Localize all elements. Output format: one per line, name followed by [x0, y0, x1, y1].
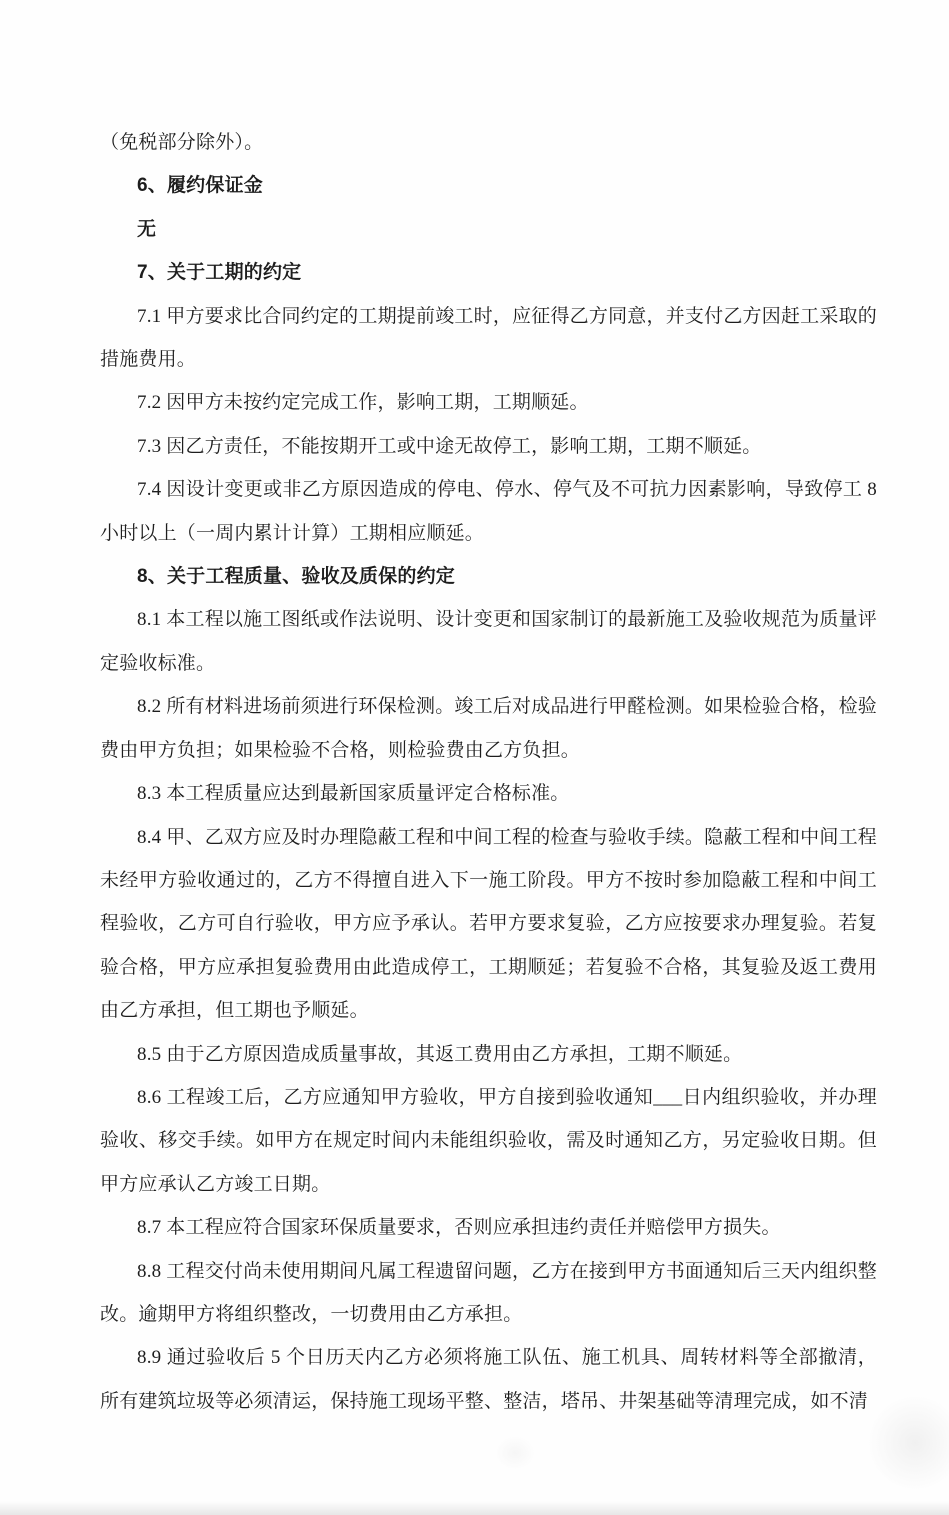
scanned-contract-page: （免税部分除外）。 6、履约保证金 无 7、关于工期的约定 7.1 甲方要求比合… [0, 0, 949, 1515]
scan-smudge-bottom-right [867, 1395, 949, 1491]
clause-8-6: 8.6 工程竣工后，乙方应通知甲方验收，甲方自接到验收通知___日内组织验收，并… [100, 1076, 877, 1206]
clause-8-4: 8.4 甲、乙双方应及时办理隐蔽工程和中间工程的检查与验收手续。隐蔽工程和中间工… [100, 816, 877, 1033]
carryover-text: （免税部分除外）。 [100, 121, 877, 164]
clause-8-1: 8.1 本工程以施工图纸或作法说明、设计变更和国家制订的最新施工及验收规范为质量… [100, 598, 877, 685]
clause-8-8: 8.8 工程交付尚未使用期间凡属工程遗留问题，乙方在接到甲方书面通知后三天内组织… [100, 1250, 877, 1337]
clause-6-value: 无 [100, 208, 877, 251]
clause-8-9: 8.9 通过验收后 5 个日历天内乙方必须将施工队伍、施工机具、周转材料等全部撤… [100, 1336, 877, 1423]
clause-8-heading: 8、关于工程质量、验收及质保的约定 [100, 555, 877, 598]
clause-6-heading: 6、履约保证金 [100, 164, 877, 207]
clause-7-4: 7.4 因设计变更或非乙方原因造成的停电、停水、停气及不可抗力因素影响，导致停工… [100, 468, 877, 555]
clause-7-3: 7.3 因乙方责任，不能按期开工或中途无故停工，影响工期，工期不顺延。 [100, 425, 877, 468]
clause-7-1: 7.1 甲方要求比合同约定的工期提前竣工时，应征得乙方同意，并支付乙方因赶工采取… [100, 295, 877, 382]
clause-7-heading: 7、关于工期的约定 [100, 251, 877, 294]
clause-7-2: 7.2 因甲方未按约定完成工作，影响工期，工期顺延。 [100, 381, 877, 424]
clause-8-2: 8.2 所有材料进场前须进行环保检测。竣工后对成品进行甲醛检测。如果检验合格，检… [100, 685, 877, 772]
clause-8-5: 8.5 由于乙方原因造成质量事故，其返工费用由乙方承担，工期不顺延。 [100, 1033, 877, 1076]
scan-edge-shadow [0, 1501, 949, 1515]
scan-smudge-center [495, 1436, 535, 1470]
clause-8-3: 8.3 本工程质量应达到最新国家质量评定合格标准。 [100, 772, 877, 815]
clause-8-7: 8.7 本工程应符合国家环保质量要求，否则应承担违约责任并赔偿甲方损失。 [100, 1206, 877, 1249]
